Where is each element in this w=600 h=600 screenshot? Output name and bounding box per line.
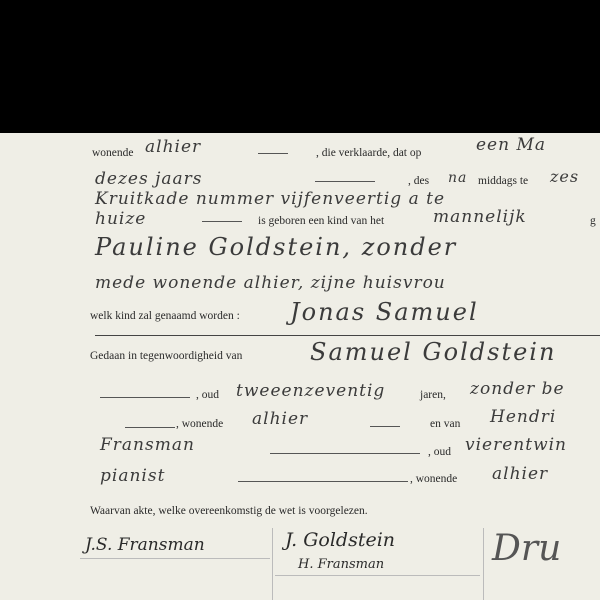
blank-line <box>125 427 175 428</box>
blank-line <box>238 481 408 482</box>
handwritten-text: Jonas Samuel <box>290 298 479 326</box>
blank-line <box>258 153 288 154</box>
signature-line <box>80 558 270 559</box>
handwritten-text: na <box>448 170 467 186</box>
handwritten-text: alhier <box>492 464 548 484</box>
signature-divider <box>483 528 484 600</box>
printed-text: middags te <box>478 175 528 187</box>
printed-text: g <box>590 215 596 227</box>
handwritten-text: een Ma <box>476 135 546 155</box>
handwritten-text: alhier <box>252 409 308 429</box>
signature-line <box>275 575 480 576</box>
handwritten-text: Hendri <box>490 407 556 427</box>
signature-official: Dru <box>492 528 561 569</box>
handwritten-text: Kruitkade nummer vijfenveertig a te <box>95 189 445 209</box>
handwritten-text: Pauline Goldstein, zonder <box>95 233 457 261</box>
closing-statement: Waarvan akte, welke overeenkomstig de we… <box>90 505 368 517</box>
handwritten-text: mede wonende alhier, zijne huisvrou <box>95 273 446 293</box>
printed-text: en van <box>430 418 460 430</box>
signature-goldstein: J. Goldstein <box>285 529 395 551</box>
handwritten-text: alhier <box>145 137 201 157</box>
printed-text: , die verklaarde, dat op <box>316 147 421 159</box>
printed-text: welk kind zal genaamd worden : <box>90 310 240 322</box>
printed-text: Gedaan in tegenwoordigheid van <box>90 350 242 362</box>
handwritten-text: Samuel Goldstein <box>310 338 556 366</box>
blank-line <box>270 453 420 454</box>
handwritten-text: huize <box>95 209 146 229</box>
handwritten-text: tweeenzeventig <box>236 381 385 401</box>
printed-text: , oud <box>196 389 219 401</box>
signature-h-fransman: H. Fransman <box>298 557 384 572</box>
blank-line <box>100 397 190 398</box>
blank-line <box>370 426 400 427</box>
signature-fransman: J.S. Fransman <box>85 535 205 555</box>
printed-text: , wonende <box>410 473 457 485</box>
blank-line <box>315 181 375 182</box>
handwritten-text: mannelijk <box>433 207 527 227</box>
handwritten-text: dezes jaars <box>95 169 202 189</box>
handwritten-text: vierentwin <box>465 435 567 455</box>
printed-text: , wonende <box>176 418 223 430</box>
handwritten-text: Fransman <box>100 435 195 455</box>
blank-line <box>202 221 242 222</box>
document-page: wonende alhier , die verklaarde, dat op … <box>0 133 600 600</box>
handwritten-text: zonder be <box>470 379 565 399</box>
printed-text: , des <box>408 175 429 187</box>
handwritten-text: zes <box>550 167 579 186</box>
signature-divider <box>272 528 273 600</box>
printed-text: is geboren een kind van het <box>258 215 384 227</box>
printed-text: , oud <box>428 446 451 458</box>
section-divider <box>95 335 600 336</box>
printed-text: jaren, <box>420 389 446 401</box>
printed-text: wonende <box>92 147 134 159</box>
handwritten-text: pianist <box>100 466 165 486</box>
